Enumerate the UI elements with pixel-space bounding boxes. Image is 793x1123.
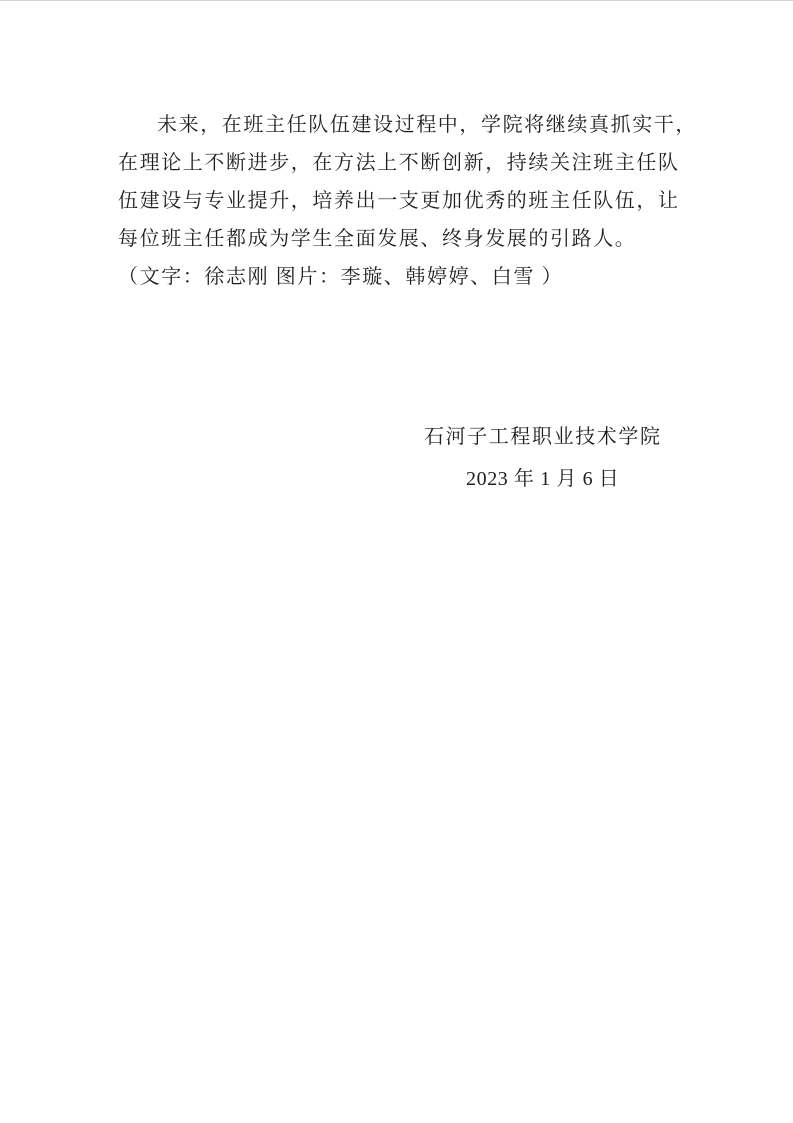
paragraph-line-2: 在理论上不断进步，在方法上不断创新，持续关注班主任队 (118, 144, 694, 182)
signature-date: 2023 年 1 月 6 日 (466, 460, 619, 498)
closing-paragraph: 未来，在班主任队伍建设过程中，学院将继续真抓实干， 在理论上不断进步，在方法上不… (118, 106, 694, 296)
credit-line: （文字：徐志刚 图片：李璇、韩婷婷、白雪 ） (118, 258, 694, 296)
document-page: 未来，在班主任队伍建设过程中，学院将继续真抓实干， 在理论上不断进步，在方法上不… (0, 0, 793, 1123)
paragraph-line-1: 未来，在班主任队伍建设过程中，学院将继续真抓实干， (118, 106, 694, 144)
signature-organization: 石河子工程职业技术学院 (424, 418, 662, 456)
paragraph-line-3: 伍建设与专业提升，培养出一支更加优秀的班主任队伍，让 (118, 182, 694, 220)
paragraph-line-4: 每位班主任都成为学生全面发展、终身发展的引路人。 (118, 220, 694, 258)
